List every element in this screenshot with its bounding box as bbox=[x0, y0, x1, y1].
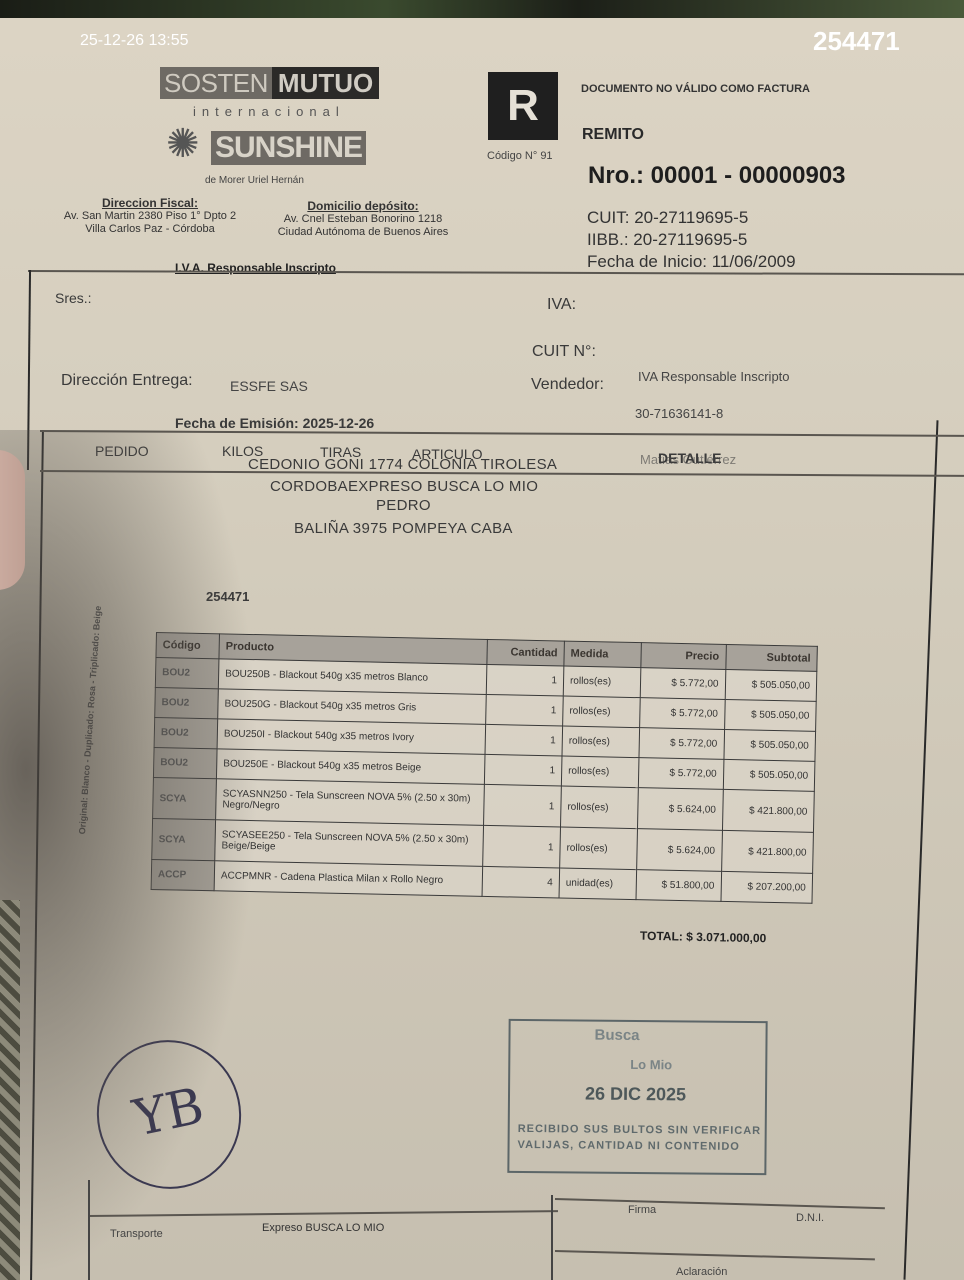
cell-code: SCYA bbox=[152, 818, 216, 860]
not-valid-notice: DOCUMENTO NO VÁLIDO COMO FACTURA bbox=[581, 83, 810, 95]
cell-quantity: 1 bbox=[484, 754, 562, 786]
cell-quantity: 1 bbox=[483, 825, 561, 868]
grand-total: TOTAL: $ 3.071.000,00 bbox=[640, 929, 767, 946]
cell-unit: rollos(es) bbox=[563, 696, 641, 728]
cell-quantity: 1 bbox=[484, 784, 562, 827]
cell-code: BOU2 bbox=[153, 747, 217, 778]
cell-product: ACCPMNR - Cadena Plastica Milan x Rollo … bbox=[214, 861, 483, 897]
issuer-tax-info: CUIT: 20-27119695-5 IIBB.: 20-27119695-5… bbox=[587, 207, 796, 273]
cell-quantity: 4 bbox=[482, 866, 560, 898]
cell-price: $ 5.772,00 bbox=[639, 758, 724, 790]
transport-value: Expreso BUSCA LO MIO bbox=[262, 1222, 384, 1234]
cell-product: SCYASNN250 - Tela Sunscreen NOVA 5% (2.5… bbox=[216, 779, 485, 826]
company-logo: SOSTEN MUTUO bbox=[160, 67, 379, 99]
dni-label: D.N.I. bbox=[796, 1212, 824, 1224]
frame-footer-mid bbox=[551, 1195, 553, 1280]
seller-label: Vendedor: bbox=[531, 376, 604, 394]
order-ref: 254471 bbox=[206, 589, 249, 604]
cell-code: BOU2 bbox=[154, 717, 218, 748]
sres-label: Sres.: bbox=[55, 290, 92, 306]
fiscal-title: Direccion Fiscal: bbox=[34, 197, 266, 210]
cell-code: BOU2 bbox=[155, 658, 219, 689]
cuit-label: CUIT N°: bbox=[532, 343, 596, 361]
fiscal-address: Direccion Fiscal: Av. San Martin 2380 Pi… bbox=[34, 197, 266, 236]
stamp-date: 26 DIC 2025 bbox=[585, 1084, 686, 1106]
products-table: Código Producto Cantidad Medida Precio S… bbox=[151, 632, 818, 904]
cell-subtotal: $ 505.050,00 bbox=[723, 729, 815, 761]
cell-price: $ 51.800,00 bbox=[636, 870, 721, 902]
delivery-label: Dirección Entrega: bbox=[61, 372, 193, 390]
detail-line: BALIÑA 3975 POMPEYA CABA bbox=[294, 520, 513, 537]
cell-subtotal: $ 505.050,00 bbox=[725, 669, 817, 701]
fiscal-line2: Villa Carlos Paz - Córdoba bbox=[34, 223, 266, 236]
recipient-cuit-value: 30-71636141-8 bbox=[635, 406, 723, 421]
cell-code: SCYA bbox=[153, 777, 217, 819]
document-type-name: REMITO bbox=[582, 126, 644, 144]
cell-price: $ 5.772,00 bbox=[639, 728, 724, 760]
cell-unit: unidad(es) bbox=[559, 868, 637, 900]
delivery-value: ESSFE SAS bbox=[230, 378, 308, 394]
start-date: Fecha de Inicio: 11/06/2009 bbox=[587, 251, 796, 273]
deposit-address: Domicilio depósito: Av. Cnel Esteban Bon… bbox=[252, 200, 474, 239]
cell-unit: rollos(es) bbox=[563, 666, 641, 698]
issuer-iibb: IIBB.: 20-27119695-5 bbox=[587, 229, 796, 251]
issuer-cuit: CUIT: 20-27119695-5 bbox=[587, 207, 796, 229]
header-cantidad: Cantidad bbox=[487, 639, 564, 666]
cell-quantity: 1 bbox=[486, 664, 564, 696]
cell-price: $ 5.772,00 bbox=[640, 698, 725, 730]
detail-line: CEDONIO GONI 1774 COLONIA TIROLESA bbox=[248, 456, 557, 473]
cell-unit: rollos(es) bbox=[560, 786, 638, 829]
logo-word-sosten: SOSTEN bbox=[160, 67, 272, 99]
cell-price: $ 5.624,00 bbox=[637, 829, 722, 872]
signature-label: Firma bbox=[628, 1204, 656, 1216]
cell-price: $ 5.624,00 bbox=[638, 788, 723, 831]
document-code: Código N° 91 bbox=[487, 150, 553, 162]
recipient-iva-value: IVA Responsable Inscripto bbox=[638, 369, 790, 384]
logo-internacional: internacional bbox=[193, 104, 345, 119]
cell-unit: rollos(es) bbox=[560, 827, 638, 870]
header-precio: Precio bbox=[641, 643, 726, 670]
header-subtotal: Subtotal bbox=[725, 644, 817, 671]
stamp-text: RECIBIDO SUS BULTOS SIN VERIFICAR VALIJA… bbox=[518, 1121, 765, 1155]
cell-subtotal: $ 421.800,00 bbox=[722, 789, 814, 832]
stamp-top: Busca bbox=[594, 1027, 639, 1044]
header-codigo: Código bbox=[156, 633, 220, 659]
document-number: Nro.: 00001 - 00000903 bbox=[588, 162, 846, 190]
detail-line: CORDOBAEXPRESO BUSCA LO MIO bbox=[270, 478, 538, 495]
frame-footer-left bbox=[88, 1180, 90, 1280]
sun-icon: ✺ bbox=[166, 124, 200, 164]
seller-name: Matías Gutiérrez bbox=[640, 452, 736, 467]
cell-product: SCYASEE250 - Tela Sunscreen NOVA 5% (2.5… bbox=[215, 820, 484, 867]
fiscal-line1: Av. San Martin 2380 Piso 1° Dpto 2 bbox=[34, 210, 266, 223]
cell-code: ACCP bbox=[151, 859, 215, 890]
header-medida: Medida bbox=[564, 641, 642, 668]
issue-date: Fecha de Emisión: 2025-12-26 bbox=[175, 415, 374, 431]
cell-subtotal: $ 505.050,00 bbox=[723, 759, 815, 791]
cell-code: BOU2 bbox=[155, 687, 219, 718]
cell-unit: rollos(es) bbox=[562, 726, 640, 758]
fabric-background bbox=[0, 900, 20, 1280]
logo-sunshine: SUNSHINE bbox=[211, 131, 366, 165]
transport-label: Transporte bbox=[110, 1228, 163, 1240]
stamp-middle: Lo Mio bbox=[630, 1057, 672, 1072]
photo-reference: 254471 bbox=[813, 26, 900, 57]
cell-subtotal: $ 421.800,00 bbox=[721, 830, 813, 873]
cell-unit: rollos(es) bbox=[561, 756, 639, 788]
photo-timestamp: 25-12-26 13:55 bbox=[80, 32, 189, 50]
owner-name: de Morer Uriel Hernán bbox=[205, 175, 304, 186]
detail-line: PEDRO bbox=[376, 497, 431, 514]
cell-subtotal: $ 505.050,00 bbox=[724, 699, 816, 731]
deposit-title: Domicilio depósito: bbox=[252, 200, 474, 213]
document-type-letter: R bbox=[488, 72, 558, 140]
cell-quantity: 1 bbox=[485, 724, 563, 756]
iva-label: IVA: bbox=[547, 296, 576, 314]
deposit-line1: Av. Cnel Esteban Bonorino 1218 bbox=[252, 213, 474, 226]
cell-quantity: 1 bbox=[486, 694, 564, 726]
finger bbox=[0, 450, 25, 590]
deposit-line2: Ciudad Autónoma de Buenos Aires bbox=[252, 226, 474, 239]
col-pedido: PEDIDO bbox=[95, 443, 149, 459]
logo-word-mutuo: MUTUO bbox=[272, 67, 379, 99]
cell-price: $ 5.772,00 bbox=[640, 668, 725, 700]
reception-stamp: Busca Lo Mio 26 DIC 2025 RECIBIDO SUS BU… bbox=[507, 1019, 767, 1175]
cell-subtotal: $ 207.200,00 bbox=[720, 871, 812, 903]
clarification-label: Aclaración bbox=[676, 1266, 727, 1278]
